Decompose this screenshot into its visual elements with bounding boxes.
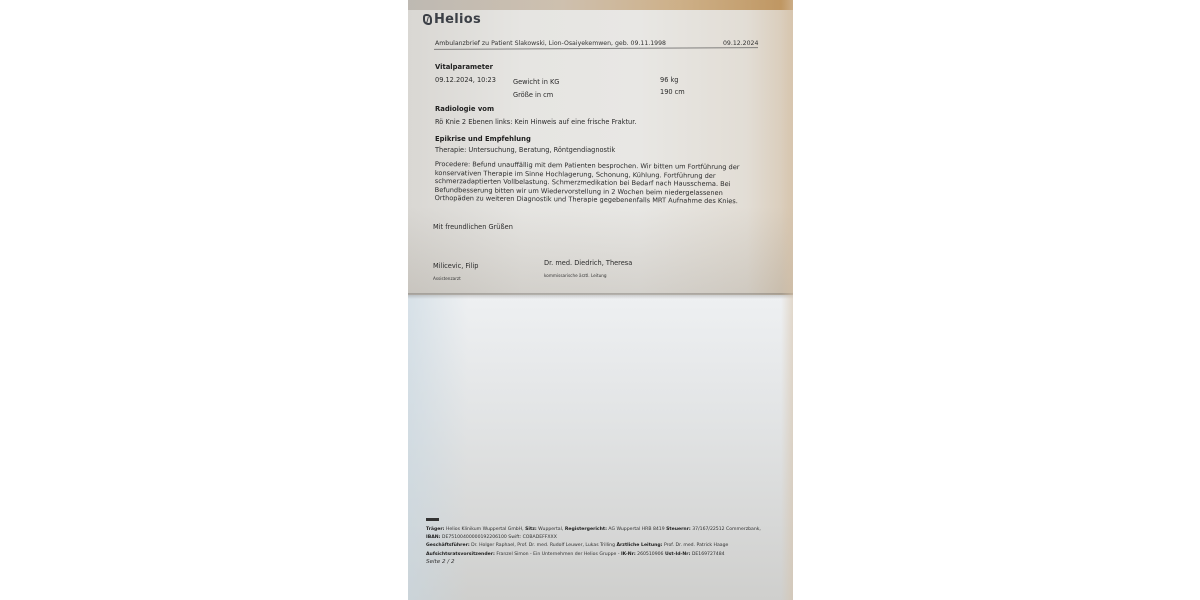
vitals-heading: Vitalparameter bbox=[435, 63, 493, 71]
paper-fold-line bbox=[408, 293, 793, 299]
vitals-height-value: 190 cm bbox=[660, 88, 685, 96]
legal-footer: Träger: Helios Klinikum Wuppertal GmbH, … bbox=[426, 526, 788, 559]
epicrisis-heading: Epikrise und Empfehlung bbox=[435, 135, 531, 143]
letter-date: 09.12.2024 bbox=[723, 40, 758, 47]
footer-marker bbox=[426, 518, 439, 521]
helios-logo: Helios bbox=[423, 12, 481, 27]
letter-page: Helios Ambulanzbrief zu Patient Slakowsk… bbox=[408, 0, 793, 600]
signature-name-1: Milicevic, Filip bbox=[433, 262, 478, 270]
letter-subject: Ambulanzbrief zu Patient Slakowski, Lion… bbox=[435, 40, 666, 47]
vitals-height-label: Größe in cm bbox=[513, 91, 553, 99]
signature-role-2: kommissarische ärztl. Leitung bbox=[544, 273, 607, 278]
vitals-timestamp: 09.12.2024, 10:23 bbox=[435, 76, 496, 84]
signature-role-1: Assistenzarzt bbox=[433, 276, 461, 281]
therapy-text: Therapie: Untersuchung, Beratung, Röntge… bbox=[435, 146, 615, 154]
page-edge-shadow bbox=[781, 0, 793, 600]
logo-text: Helios bbox=[434, 12, 481, 27]
procedure-text: Procedere: Befund unauffällig mit dem Pa… bbox=[435, 160, 755, 206]
helios-logo-icon bbox=[423, 14, 432, 25]
radiology-heading: Radiologie vom bbox=[435, 105, 494, 113]
page-number: Seite 2 / 2 bbox=[426, 559, 455, 565]
signature-name-2: Dr. med. Diedrich, Theresa bbox=[544, 259, 632, 267]
closing-text: Mit freundlichen Grüßen bbox=[433, 223, 513, 231]
vitals-weight-value: 96 kg bbox=[660, 76, 679, 84]
radiology-text: Rö Knie 2 Ebenen links: Kein Hinweis auf… bbox=[435, 118, 636, 126]
vitals-weight-label: Gewicht in KG bbox=[513, 78, 559, 86]
